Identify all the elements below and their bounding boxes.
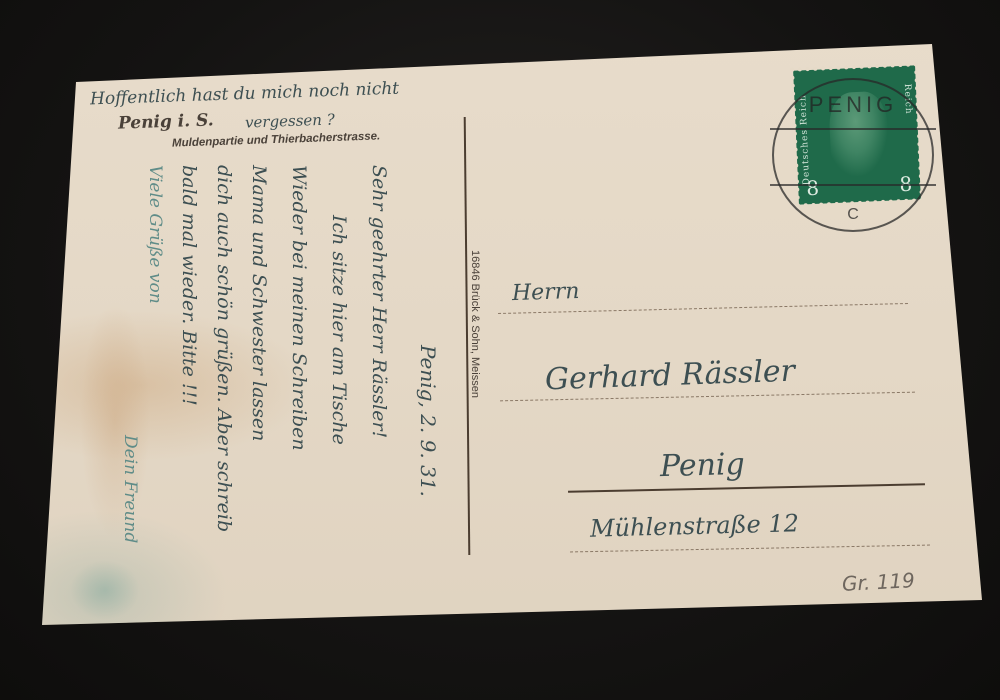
- address-town: Penig: [660, 447, 746, 484]
- message-line: bald mal wieder. Bitte !!!: [178, 165, 200, 406]
- message-line: dich auch schön grüßen. Aber schreib: [213, 165, 235, 532]
- message-date: Penig, 2. 9. 31.: [416, 345, 440, 497]
- message-top-line-2: vergessen ?: [245, 110, 335, 131]
- postmark-bar: [770, 128, 936, 130]
- message-line: Dein Freund: [120, 435, 140, 543]
- address-street: Mühlenstraße 12: [590, 509, 800, 542]
- archive-note: Gr. 119: [841, 568, 915, 596]
- message-line: Ich sitze hier am Tische: [328, 215, 350, 445]
- address-salutation: Herrn: [512, 279, 580, 306]
- message-body: Penig, 2. 9. 31. Sehr geehrter Herr Räss…: [50, 155, 440, 625]
- postmark: PENIG C: [772, 78, 934, 232]
- message-line: Wieder bei meinen Schreiben: [288, 165, 310, 451]
- postmark-letter: C: [774, 206, 932, 224]
- place-caption: Penig i. S.: [118, 110, 214, 133]
- postmark-town: PENIG: [774, 92, 932, 118]
- message-line: Viele Grüße von: [145, 165, 165, 304]
- publisher-imprint: 16846 Brück & Sohn, Meissen: [469, 244, 481, 404]
- message-line: Mama und Schwester lassen: [248, 165, 270, 441]
- message-line: Sehr geehrter Herr Rässler!: [368, 165, 390, 438]
- postmark-bar: [770, 184, 936, 186]
